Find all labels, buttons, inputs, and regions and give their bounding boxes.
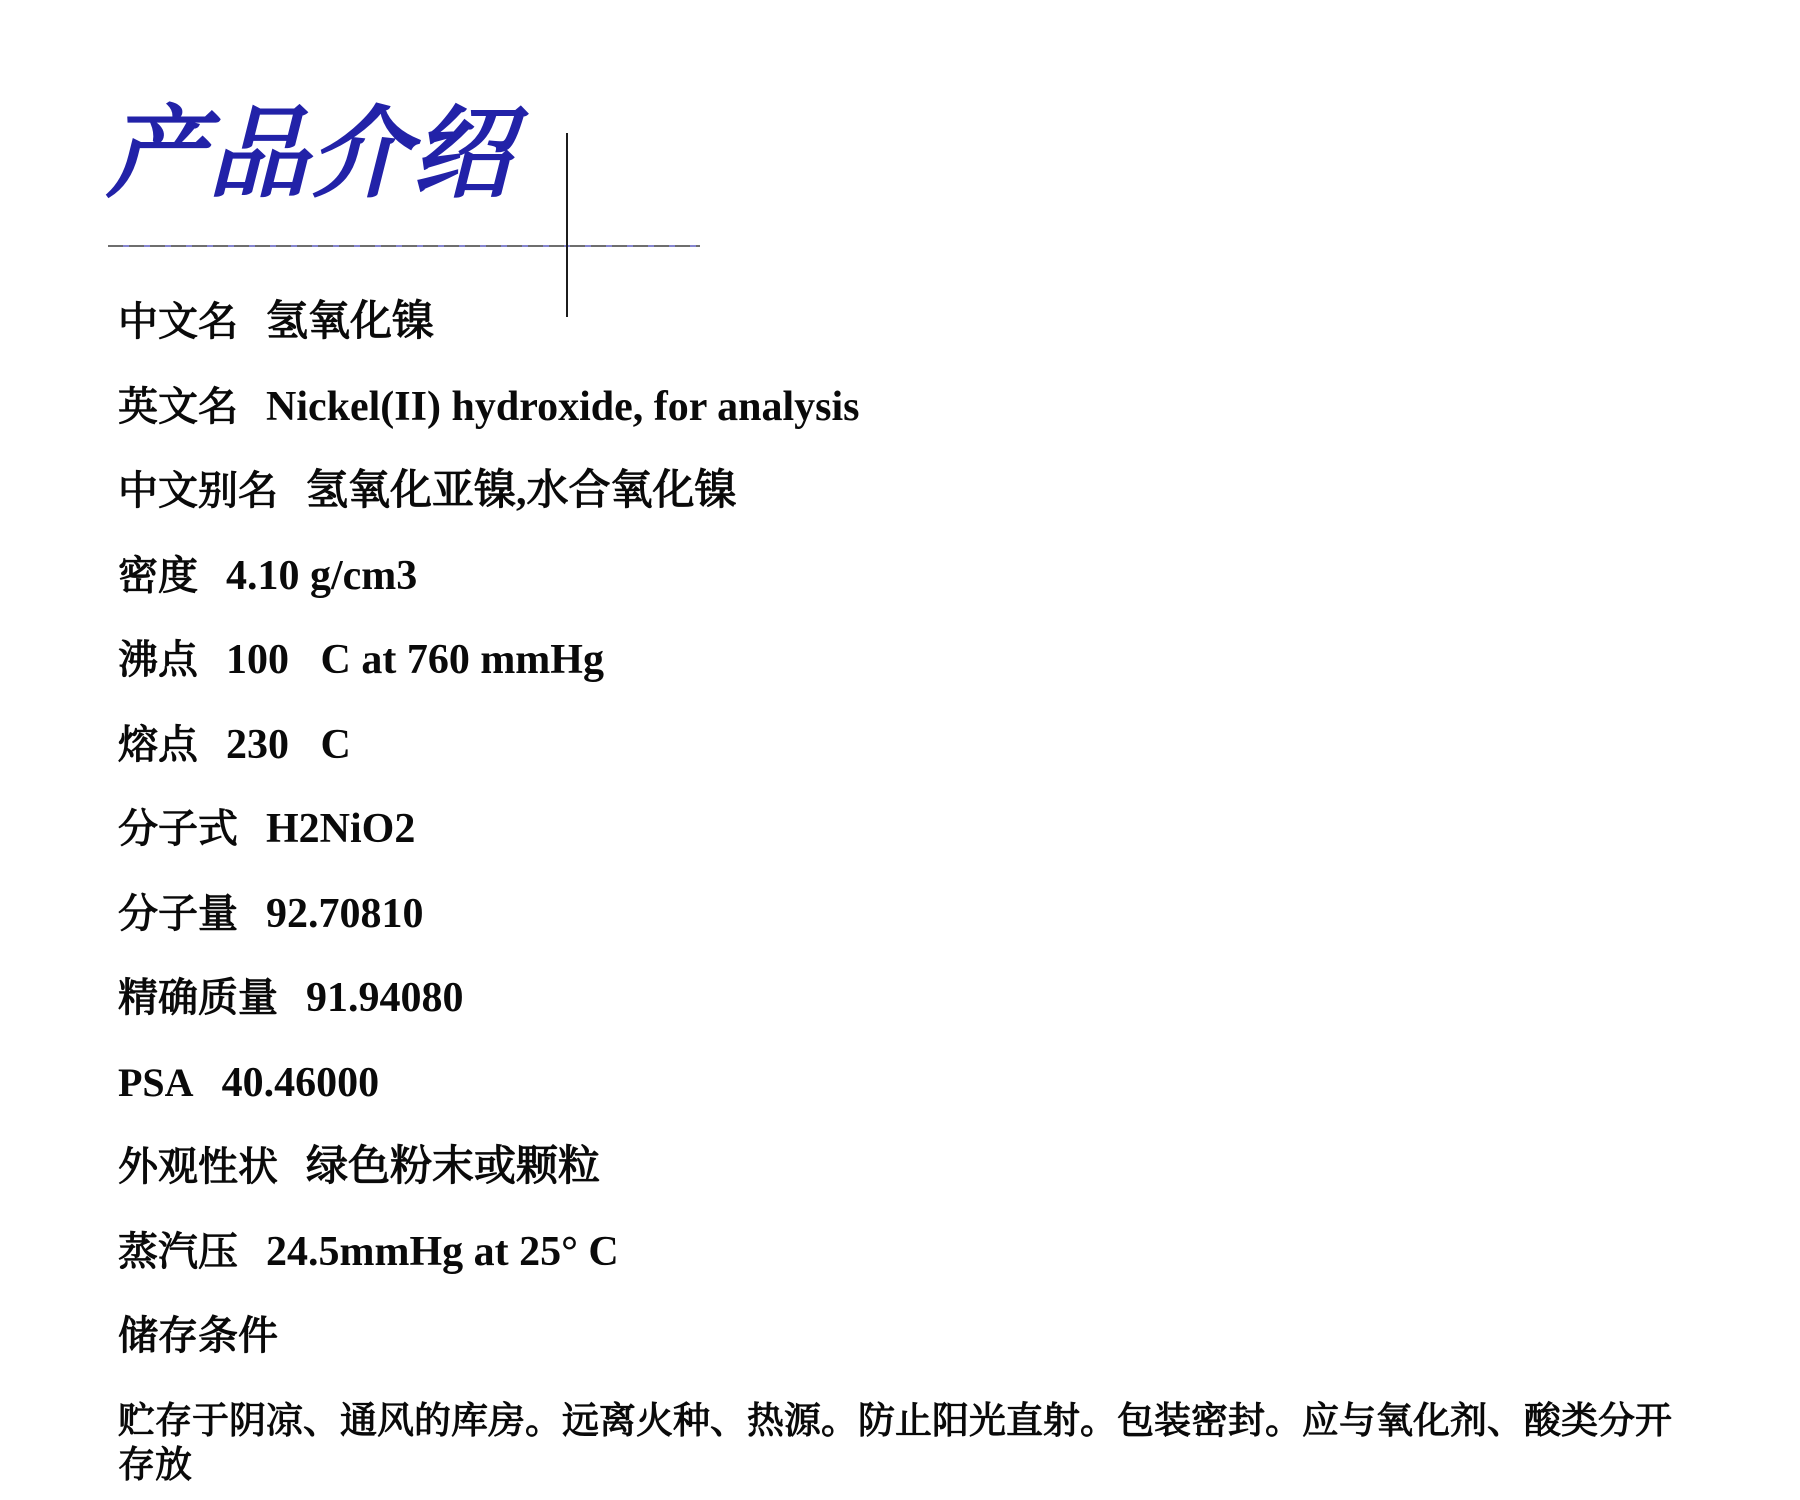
property-value: H2NiO2 bbox=[266, 801, 415, 857]
property-label: PSA bbox=[118, 1055, 194, 1111]
property-label: 储存条件 bbox=[118, 1308, 278, 1364]
property-value: 4.10 g/cm3 bbox=[226, 548, 417, 604]
property-value: 92.70810 bbox=[266, 886, 424, 942]
property-row-english-name: 英文名 Nickel(II) hydroxide, for analysis bbox=[118, 379, 1740, 435]
property-value: 氢氧化亚镍,水合氧化镍 bbox=[306, 463, 737, 519]
property-row-density: 密度 4.10 g/cm3 bbox=[118, 548, 1740, 604]
property-label: 中文名 bbox=[118, 294, 238, 350]
property-value: 24.5mmHg at 25° C bbox=[266, 1224, 619, 1280]
property-row-exact-mass: 精确质量 91.94080 bbox=[118, 970, 1740, 1026]
property-label: 蒸汽压 bbox=[118, 1224, 238, 1280]
property-value: Nickel(II) hydroxide, for analysis bbox=[266, 379, 860, 435]
property-row-chinese-alias: 中文别名 氢氧化亚镍,水合氧化镍 bbox=[118, 463, 1740, 519]
property-label: 沸点 bbox=[118, 632, 198, 688]
property-label: 密度 bbox=[118, 548, 198, 604]
property-label: 外观性状 bbox=[118, 1139, 278, 1195]
storage-note: 贮存于阴凉、通风的库房。远离火种、热源。防止阳光直射。包装密封。应与氧化剂、酸类… bbox=[118, 1400, 1698, 1488]
page-title: 产品介绍 bbox=[106, 100, 514, 210]
property-label: 分子量 bbox=[118, 886, 238, 942]
property-value: 100 C at 760 mmHg bbox=[226, 632, 604, 688]
property-row-appearance: 外观性状 绿色粉末或颗粒 bbox=[118, 1139, 1740, 1195]
property-label: 分子式 bbox=[118, 801, 238, 857]
title-vertical-line bbox=[566, 133, 568, 317]
property-value: 40.46000 bbox=[222, 1055, 380, 1111]
property-row-chinese-name: 中文名 氢氧化镍 bbox=[118, 294, 1740, 350]
property-label: 精确质量 bbox=[118, 970, 278, 1026]
property-value: 氢氧化镍 bbox=[266, 294, 434, 350]
property-row-melting-point: 熔点 230 C bbox=[118, 717, 1740, 773]
property-row-molecular-formula: 分子式 H2NiO2 bbox=[118, 801, 1740, 857]
property-row-boiling-point: 沸点 100 C at 760 mmHg bbox=[118, 632, 1740, 688]
property-row-storage-conditions: 储存条件 bbox=[118, 1308, 1740, 1364]
property-label: 熔点 bbox=[118, 717, 198, 773]
property-value: 91.94080 bbox=[306, 970, 464, 1026]
product-intro-page: 产品介绍 中文名 氢氧化镍 英文名 Nickel(II) hydroxide, … bbox=[0, 0, 1800, 1500]
property-row-psa: PSA 40.46000 bbox=[118, 1055, 1740, 1111]
title-underline bbox=[108, 245, 700, 247]
property-list: 中文名 氢氧化镍 英文名 Nickel(II) hydroxide, for a… bbox=[118, 294, 1740, 1393]
property-value: 230 C bbox=[226, 717, 351, 773]
property-value: 绿色粉末或颗粒 bbox=[306, 1139, 600, 1195]
property-row-molecular-weight: 分子量 92.70810 bbox=[118, 886, 1740, 942]
property-label: 中文别名 bbox=[118, 463, 278, 519]
property-row-vapor-pressure: 蒸汽压 24.5mmHg at 25° C bbox=[118, 1224, 1740, 1280]
property-label: 英文名 bbox=[118, 379, 238, 435]
